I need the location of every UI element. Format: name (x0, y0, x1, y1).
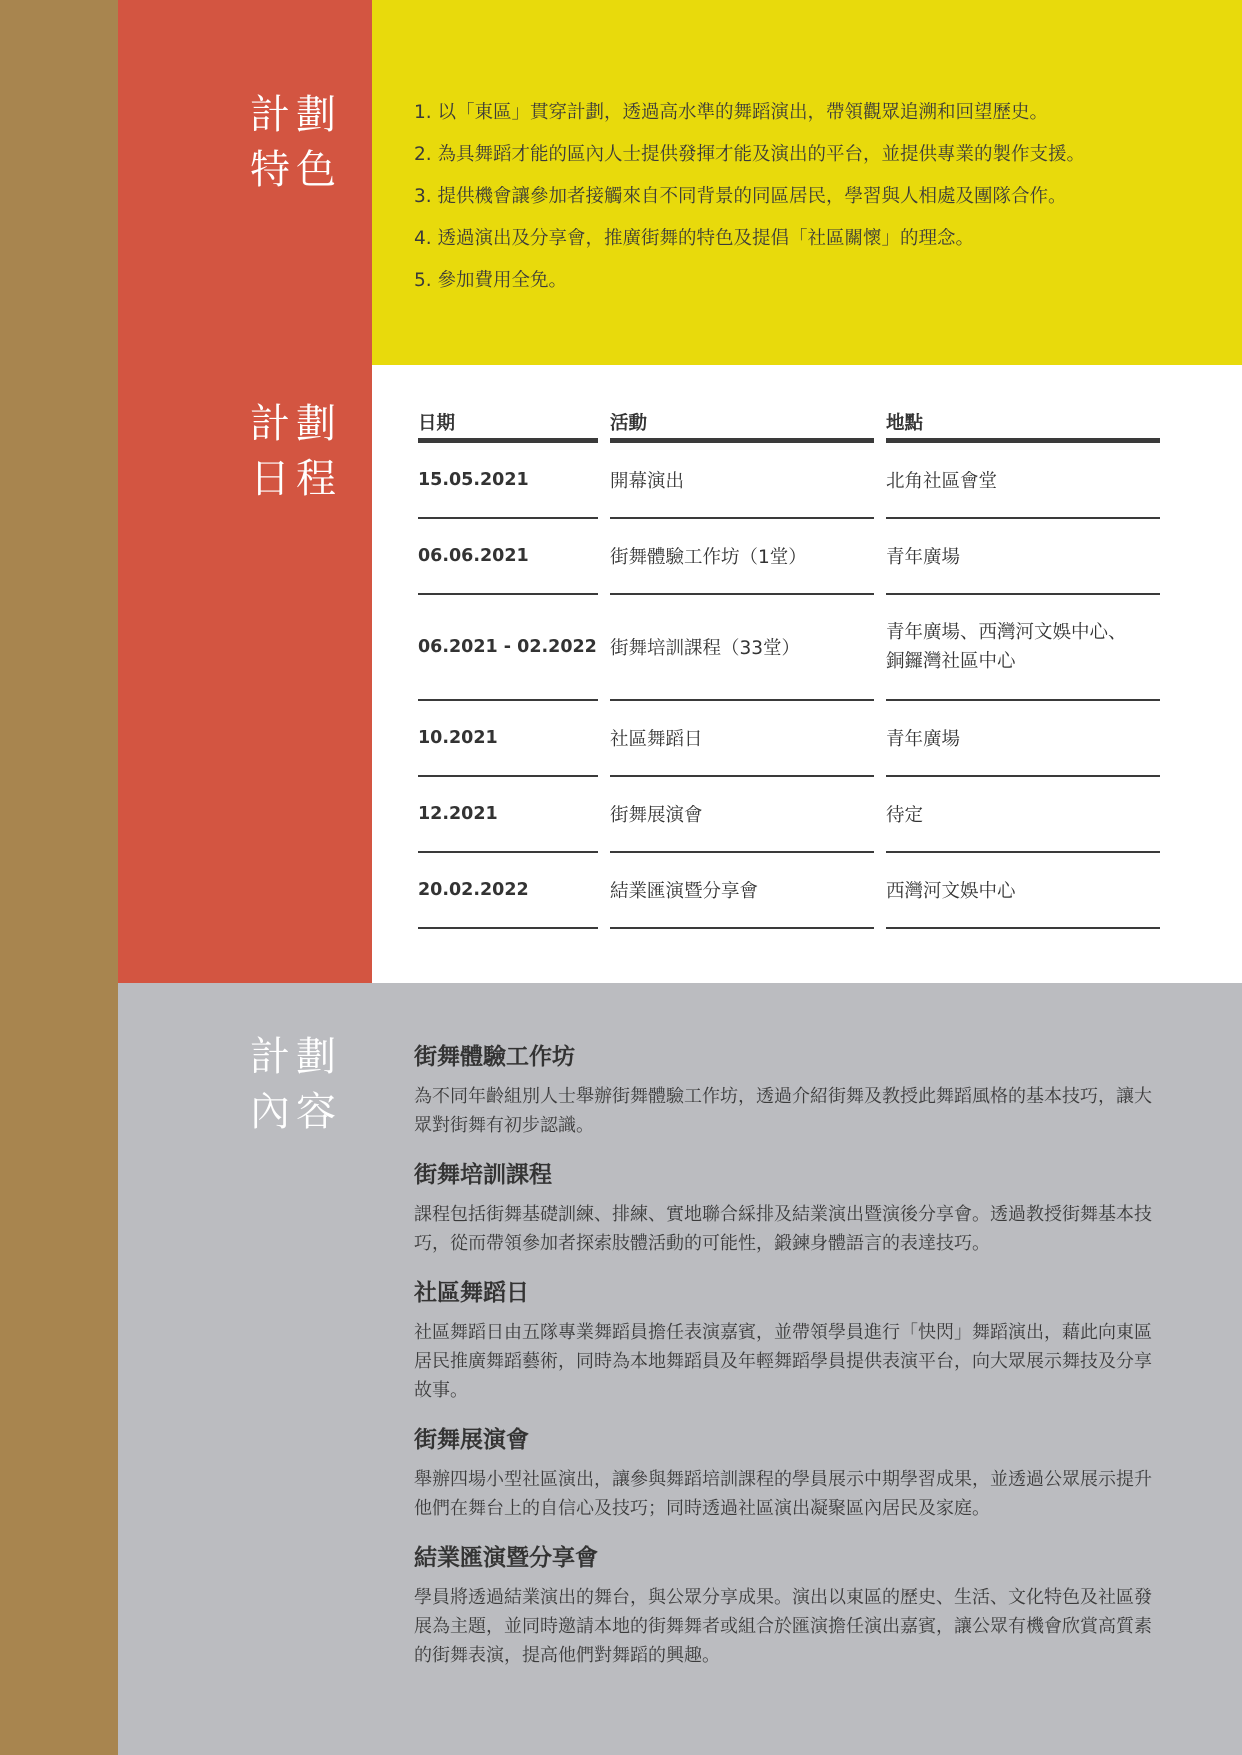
feature-item: 5. 參加費用全免。 (414, 260, 1214, 302)
cell-location: 北角社區會堂 (886, 443, 1160, 519)
content-section-title: 計劃 內容 (250, 1030, 350, 1140)
table-row: 20.02.2022 結業匯演暨分享會 西灣河文娛中心 (418, 853, 1163, 929)
item-heading: 街舞培訓課程 (414, 1154, 1164, 1196)
table-row: 06.2021 - 02.2022 街舞培訓課程（33堂） 青年廣場、西灣河文娛… (418, 595, 1163, 701)
cell-location: 青年廣場、西灣河文娛中心、 銅鑼灣社區中心 (886, 595, 1160, 701)
feature-item: 3. 提供機會讓參加者接觸來自不同背景的同區居民，學習與人相處及團隊合作。 (414, 176, 1214, 218)
cell-activity: 街舞展演會 (610, 777, 874, 853)
item-body: 為不同年齡組別人士舉辦街舞體驗工作坊，透過介紹街舞及教授此舞蹈風格的基本技巧，讓… (414, 1082, 1164, 1140)
location-line: 銅鑼灣社區中心 (886, 647, 1016, 676)
cell-activity: 社區舞蹈日 (610, 701, 874, 777)
title-line: 計劃 (250, 1030, 350, 1085)
cell-date: 20.02.2022 (418, 853, 598, 929)
item-heading: 社區舞蹈日 (414, 1272, 1164, 1314)
title-line: 計劃 (250, 397, 350, 452)
title-line: 日程 (250, 452, 350, 507)
title-line: 計劃 (250, 88, 350, 143)
table-row: 10.2021 社區舞蹈日 青年廣場 (418, 701, 1163, 777)
table-row: 12.2021 街舞展演會 待定 (418, 777, 1163, 853)
item-heading: 結業匯演暨分享會 (414, 1537, 1164, 1579)
cell-date: 10.2021 (418, 701, 598, 777)
item-body: 舉辦四場小型社區演出，讓參與舞蹈培訓課程的學員展示中期學習成果，並透過公眾展示提… (414, 1465, 1164, 1523)
schedule-section-title: 計劃 日程 (250, 397, 350, 507)
cell-location: 青年廣場 (886, 701, 1160, 777)
cell-date: 06.2021 - 02.2022 (418, 595, 598, 701)
schedule-table: 日期 活動 地點 15.05.2021 開幕演出 北角社區會堂 06.06.20… (418, 405, 1163, 929)
content-item: 街舞展演會 舉辦四場小型社區演出，讓參與舞蹈培訓課程的學員展示中期學習成果，並透… (414, 1419, 1164, 1523)
item-heading: 街舞體驗工作坊 (414, 1036, 1164, 1078)
header-date: 日期 (418, 405, 598, 443)
header-activity: 活動 (610, 405, 874, 443)
content-item: 結業匯演暨分享會 學員將透過結業演出的舞台，與公眾分享成果。演出以東區的歷史、生… (414, 1537, 1164, 1670)
cell-location: 待定 (886, 777, 1160, 853)
item-heading: 街舞展演會 (414, 1419, 1164, 1461)
table-row: 06.06.2021 街舞體驗工作坊（1堂） 青年廣場 (418, 519, 1163, 595)
feature-item: 2. 為具舞蹈才能的區內人士提供發揮才能及演出的平台，並提供專業的製作支援。 (414, 134, 1214, 176)
item-body: 課程包括街舞基礎訓練、排練、實地聯合綵排及結業演出暨演後分享會。透過教授街舞基本… (414, 1200, 1164, 1258)
content-item: 街舞體驗工作坊 為不同年齡組別人士舉辦街舞體驗工作坊，透過介紹街舞及教授此舞蹈風… (414, 1036, 1164, 1140)
content-list: 街舞體驗工作坊 為不同年齡組別人士舉辦街舞體驗工作坊，透過介紹街舞及教授此舞蹈風… (414, 1036, 1164, 1684)
content-item: 街舞培訓課程 課程包括街舞基礎訓練、排練、實地聯合綵排及結業演出暨演後分享會。透… (414, 1154, 1164, 1258)
item-body: 學員將透過結業演出的舞台，與公眾分享成果。演出以東區的歷史、生活、文化特色及社區… (414, 1583, 1164, 1670)
cell-date: 12.2021 (418, 777, 598, 853)
feature-item: 4. 透過演出及分享會，推廣街舞的特色及提倡「社區關懷」的理念。 (414, 218, 1214, 260)
cell-date: 06.06.2021 (418, 519, 598, 595)
cell-activity: 結業匯演暨分享會 (610, 853, 874, 929)
features-section-title: 計劃 特色 (250, 88, 350, 198)
location-line: 青年廣場、西灣河文娛中心、 (886, 618, 1127, 647)
cell-date: 15.05.2021 (418, 443, 598, 519)
feature-item: 1. 以「東區」貫穿計劃，透過高水準的舞蹈演出，帶領觀眾追溯和回望歷史。 (414, 92, 1214, 134)
title-line: 特色 (250, 143, 350, 198)
table-header-row: 日期 活動 地點 (418, 405, 1163, 443)
left-decorative-stripe (0, 0, 118, 1755)
cell-activity: 街舞體驗工作坊（1堂） (610, 519, 874, 595)
title-line: 內容 (250, 1085, 350, 1140)
table-row: 15.05.2021 開幕演出 北角社區會堂 (418, 443, 1163, 519)
cell-location: 青年廣場 (886, 519, 1160, 595)
cell-activity: 開幕演出 (610, 443, 874, 519)
content-item: 社區舞蹈日 社區舞蹈日由五隊專業舞蹈員擔任表演嘉賓，並帶領學員進行「快閃」舞蹈演… (414, 1272, 1164, 1405)
header-location: 地點 (886, 405, 1160, 443)
item-body: 社區舞蹈日由五隊專業舞蹈員擔任表演嘉賓，並帶領學員進行「快閃」舞蹈演出，藉此向東… (414, 1318, 1164, 1405)
cell-activity: 街舞培訓課程（33堂） (610, 595, 874, 701)
cell-location: 西灣河文娛中心 (886, 853, 1160, 929)
features-list: 1. 以「東區」貫穿計劃，透過高水準的舞蹈演出，帶領觀眾追溯和回望歷史。 2. … (414, 92, 1214, 302)
